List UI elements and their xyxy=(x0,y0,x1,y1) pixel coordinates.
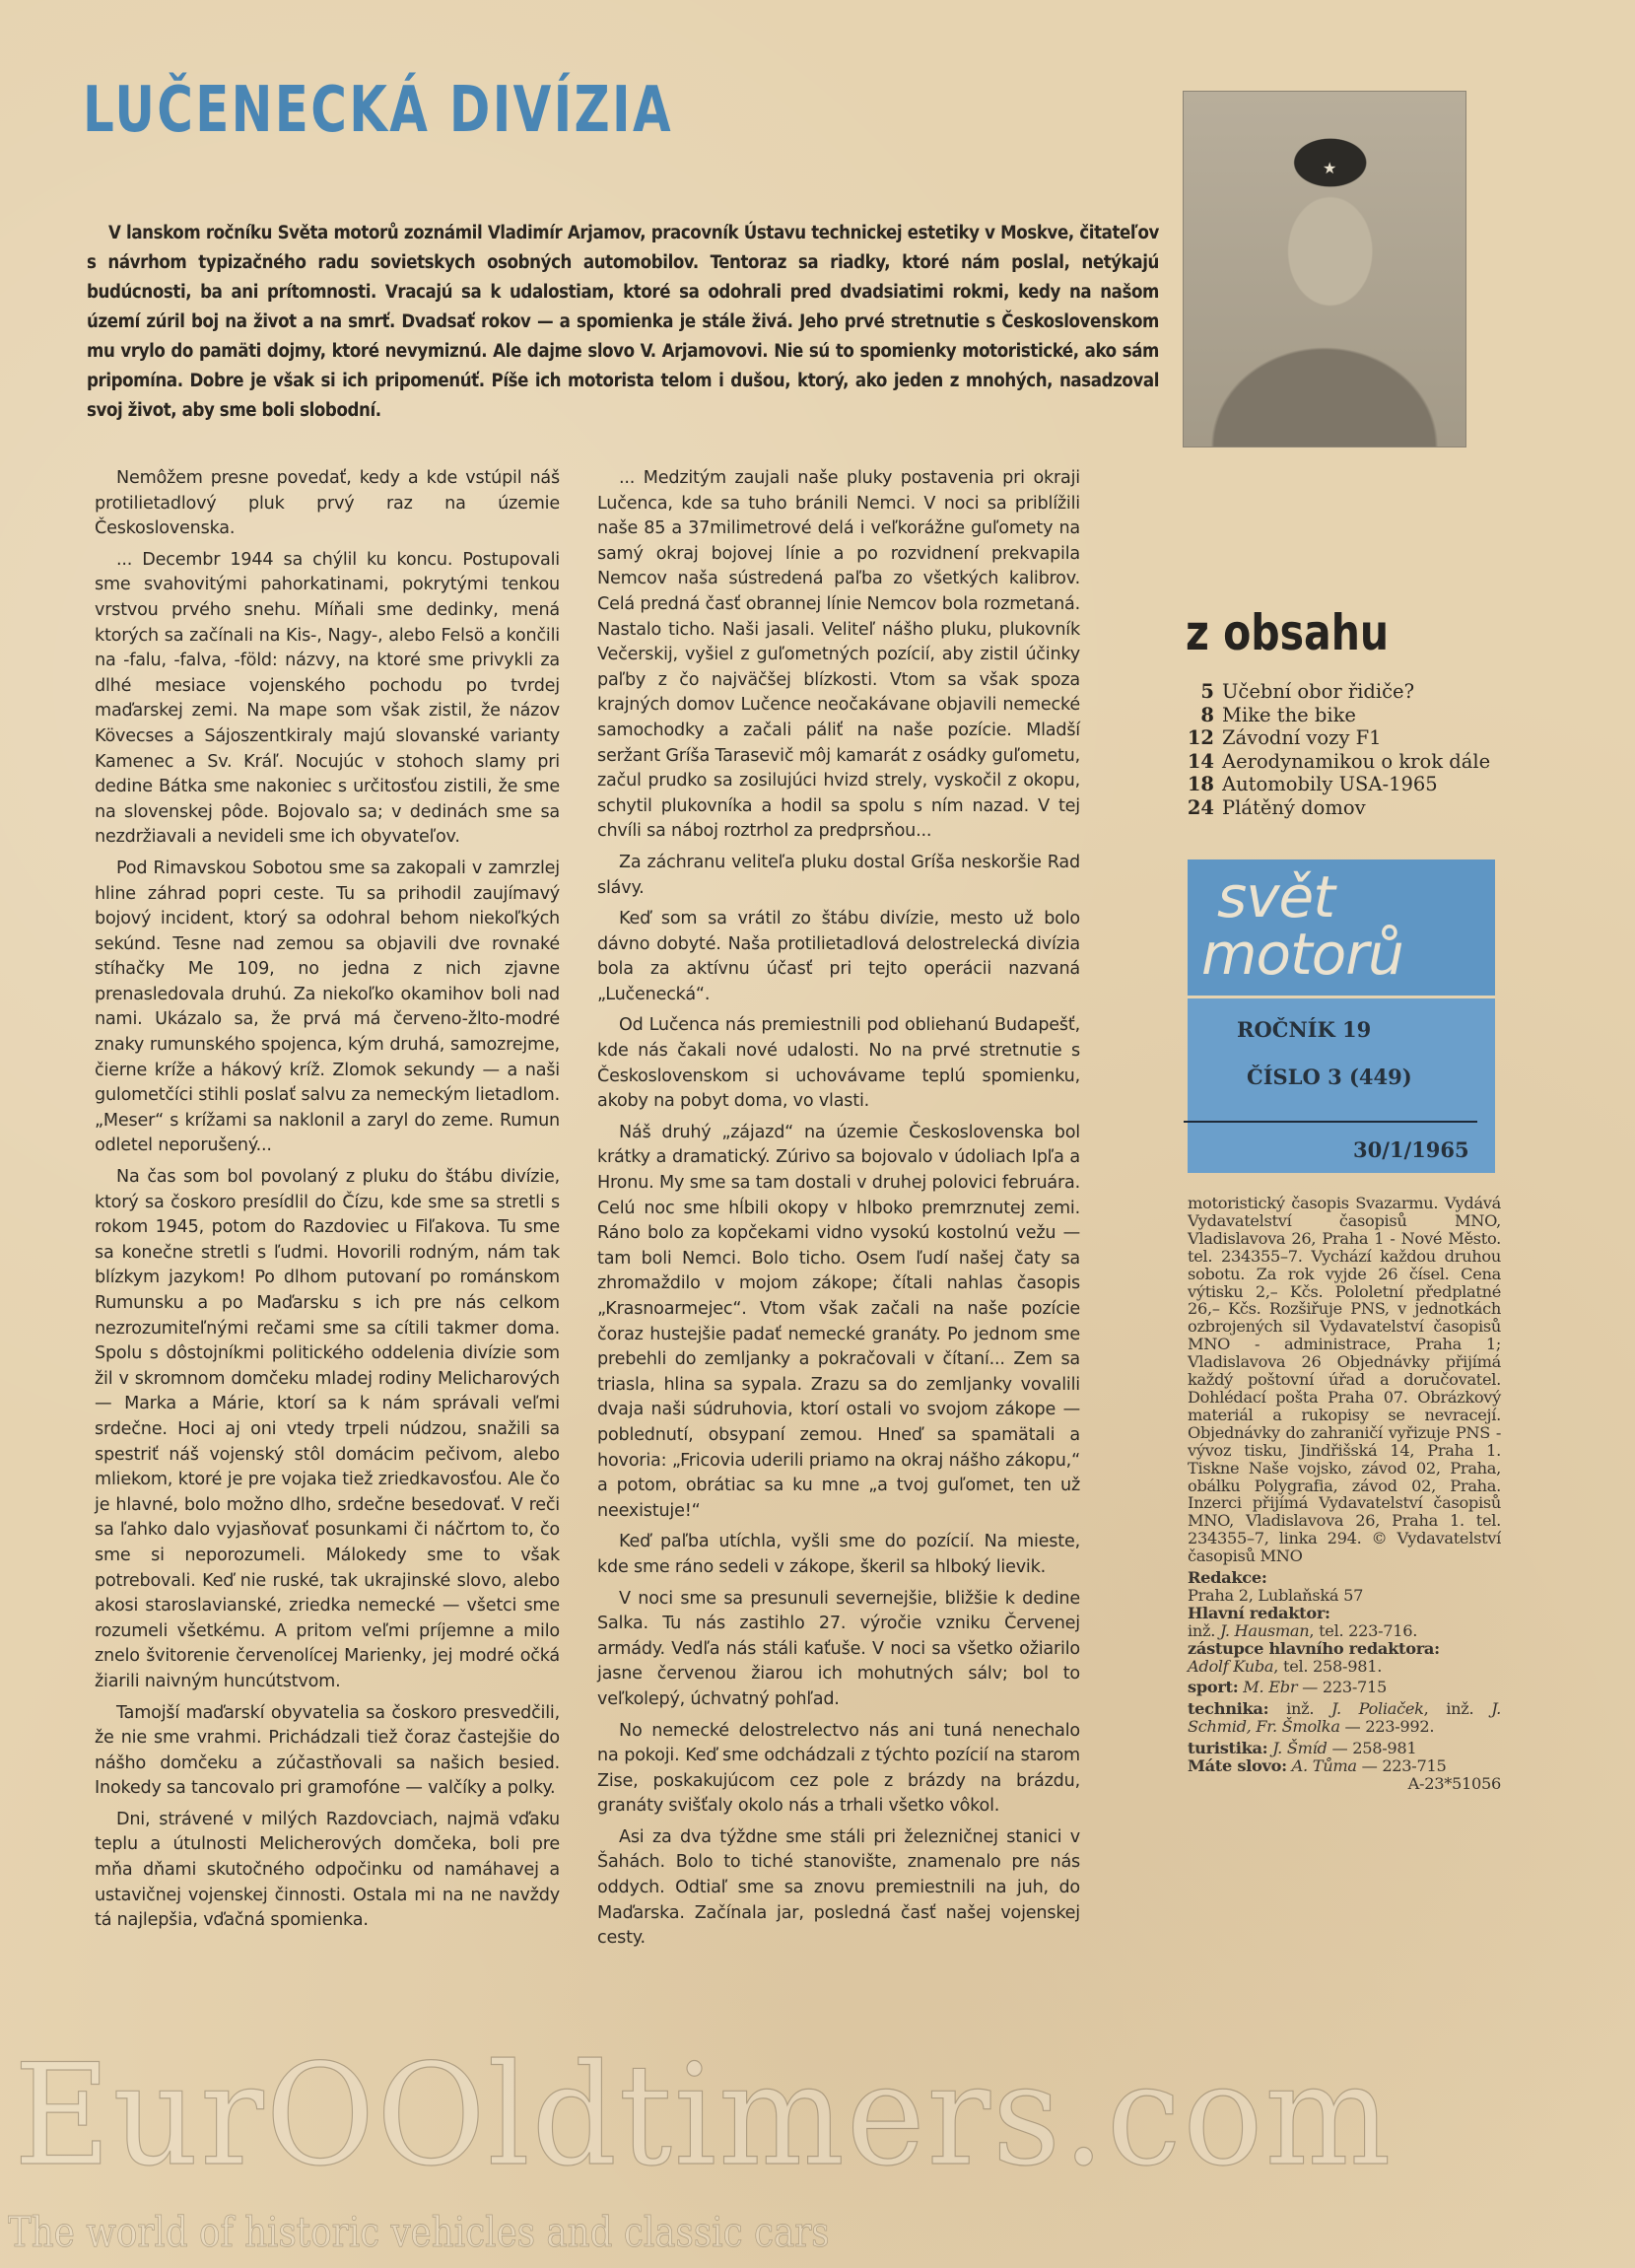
magazine-masthead: svět motorů ROČNÍK 19 ČÍSLO 3 (449) 30/1… xyxy=(1188,859,1495,1173)
deputy-editor-name: Adolf Kuba xyxy=(1188,1657,1273,1676)
table-of-contents: 5Učební obor řidiče? 8Mike the bike 12Zá… xyxy=(1183,680,1490,819)
toc-item: 18Automobily USA-1965 xyxy=(1183,773,1490,796)
paragraph: Od Lučenca nás premiestnili pod obliehan… xyxy=(597,1013,1080,1114)
author-photo: ★ xyxy=(1183,91,1466,447)
toc-label: Plátěný domov xyxy=(1222,796,1366,820)
toc-item: 12Závodní vozy F1 xyxy=(1183,726,1490,750)
print-code: A-23*51056 xyxy=(1188,1775,1501,1793)
chief-editor-tel: , tel. 223-716. xyxy=(1309,1621,1417,1640)
paragraph: ... Medzitým zaujali naše pluky postaven… xyxy=(597,466,1080,845)
mate-slovo-editor: A. Tůma xyxy=(1292,1756,1357,1775)
imprint: motoristický časopis Svazarmu. Vydává Vy… xyxy=(1188,1195,1501,1793)
paragraph: Nemôžem presne povedať, kedy a kde vstúp… xyxy=(95,466,560,542)
redakce-address: Praha 2, Lublaňská 57 xyxy=(1188,1587,1501,1605)
masthead-word-svet: svět xyxy=(1217,867,1334,927)
chief-editor-label: Hlavní redaktor: xyxy=(1188,1604,1330,1622)
toc-item: 5Učební obor řidiče? xyxy=(1183,680,1490,704)
paragraph: Na čas som bol povolaný z pluku do štábu… xyxy=(95,1165,560,1694)
masthead-word-motoru: motorů xyxy=(1201,925,1403,984)
issue-number: ČÍSLO 3 (449) xyxy=(1247,1065,1412,1089)
toc-label: Závodní vozy F1 xyxy=(1222,726,1382,750)
toc-label: Mike the bike xyxy=(1222,704,1356,727)
paragraph: Asi za dva týždne sme stáli pri železnič… xyxy=(597,1825,1080,1952)
deputy-editor-tel: , tel. 258-981. xyxy=(1273,1657,1382,1676)
tech-tel: — 223-992. xyxy=(1340,1717,1435,1736)
toc-item: 24Plátěný domov xyxy=(1183,796,1490,820)
paragraph: Dni, strávené v milých Razdovciach, najm… xyxy=(95,1808,560,1934)
watermark-tagline: The world of historic vehicles and class… xyxy=(8,2208,830,2257)
redakce-label: Redakce: xyxy=(1188,1568,1267,1587)
chief-editor-name: J. Hausman xyxy=(1220,1621,1309,1640)
toc-label: Automobily USA-1965 xyxy=(1222,773,1438,796)
paragraph: Pod Rimavskou Sobotou sme sa zakopali v … xyxy=(95,857,560,1159)
technika-label: technika: xyxy=(1188,1699,1268,1718)
turistika-editor: J. Šmíd xyxy=(1272,1739,1327,1757)
toc-item: 8Mike the bike xyxy=(1183,704,1490,727)
watermark-site: EurOOldtimers.com xyxy=(14,2042,1393,2190)
toc-label: Učební obor řidiče? xyxy=(1222,680,1414,704)
masthead-brand: svět motorů xyxy=(1188,859,1495,998)
paragraph: Za záchranu veliteľa pluku dostal Gríša … xyxy=(597,851,1080,901)
volume-number: ROČNÍK 19 xyxy=(1237,1017,1371,1042)
tech-editor-1: J. Poliaček xyxy=(1331,1699,1424,1718)
paragraph: V noci sme sa presunuli severnejšie, bli… xyxy=(597,1587,1080,1713)
deputy-editor-label: zástupce hlavního redaktora: xyxy=(1188,1639,1440,1658)
turistika-tel: — 258-981 xyxy=(1328,1739,1417,1757)
cap-star-icon: ★ xyxy=(1323,159,1336,177)
article-column-1: Nemôžem presne povedať, kedy a kde vstúp… xyxy=(95,466,560,1940)
paragraph: Keď som sa vrátil zo štábu divízie, mest… xyxy=(597,907,1080,1007)
paragraph: ... Decembr 1944 sa chýlil ku koncu. Pos… xyxy=(95,548,560,851)
sport-tel: — 223-715 xyxy=(1297,1678,1387,1696)
sport-label: sport: xyxy=(1188,1678,1238,1696)
toc-page: 24 xyxy=(1183,796,1214,820)
toc-page: 18 xyxy=(1183,773,1214,796)
toc-page: 14 xyxy=(1183,750,1214,774)
chief-prefix: inž. xyxy=(1188,1621,1215,1640)
paragraph: No nemecké delostrelectvo nás ani tuná n… xyxy=(597,1719,1080,1820)
turistika-label: turistika: xyxy=(1188,1739,1267,1757)
toc-item: 14Aerodynamikou o krok dále xyxy=(1183,750,1490,774)
toc-label: Aerodynamikou o krok dále xyxy=(1222,750,1490,774)
imprint-body: motoristický časopis Svazarmu. Vydává Vy… xyxy=(1188,1195,1501,1565)
tech-prefix-2: , inž. xyxy=(1424,1699,1474,1718)
article-column-2: ... Medzitým zaujali naše pluky postaven… xyxy=(597,466,1080,1958)
issue-date: 30/1/1965 xyxy=(1353,1137,1469,1162)
mate-slovo-label: Máte slovo: xyxy=(1188,1756,1287,1775)
tech-prefix: inž. xyxy=(1286,1699,1314,1718)
toc-title: z obsahu xyxy=(1186,603,1389,662)
mate-slovo-tel: — 223-715 xyxy=(1357,1756,1447,1775)
article-intro: V lanskom ročníku Světa motorů zoznámil … xyxy=(87,219,1159,426)
paragraph: Keď paľba utíchla, vyšli sme do pozícií.… xyxy=(597,1530,1080,1580)
paragraph: Tamojší maďarskí obyvatelia sa čoskoro p… xyxy=(95,1701,560,1802)
paragraph: Náš druhý „zájazd“ na územie Českosloven… xyxy=(597,1121,1080,1525)
toc-page: 5 xyxy=(1183,680,1214,704)
toc-page: 12 xyxy=(1183,726,1214,750)
masthead-divider xyxy=(1184,1121,1477,1123)
toc-page: 8 xyxy=(1183,704,1214,727)
sport-editor: M. Ebr xyxy=(1243,1678,1297,1696)
article-title: LUČENECKÁ DIVÍZIA xyxy=(83,71,673,150)
